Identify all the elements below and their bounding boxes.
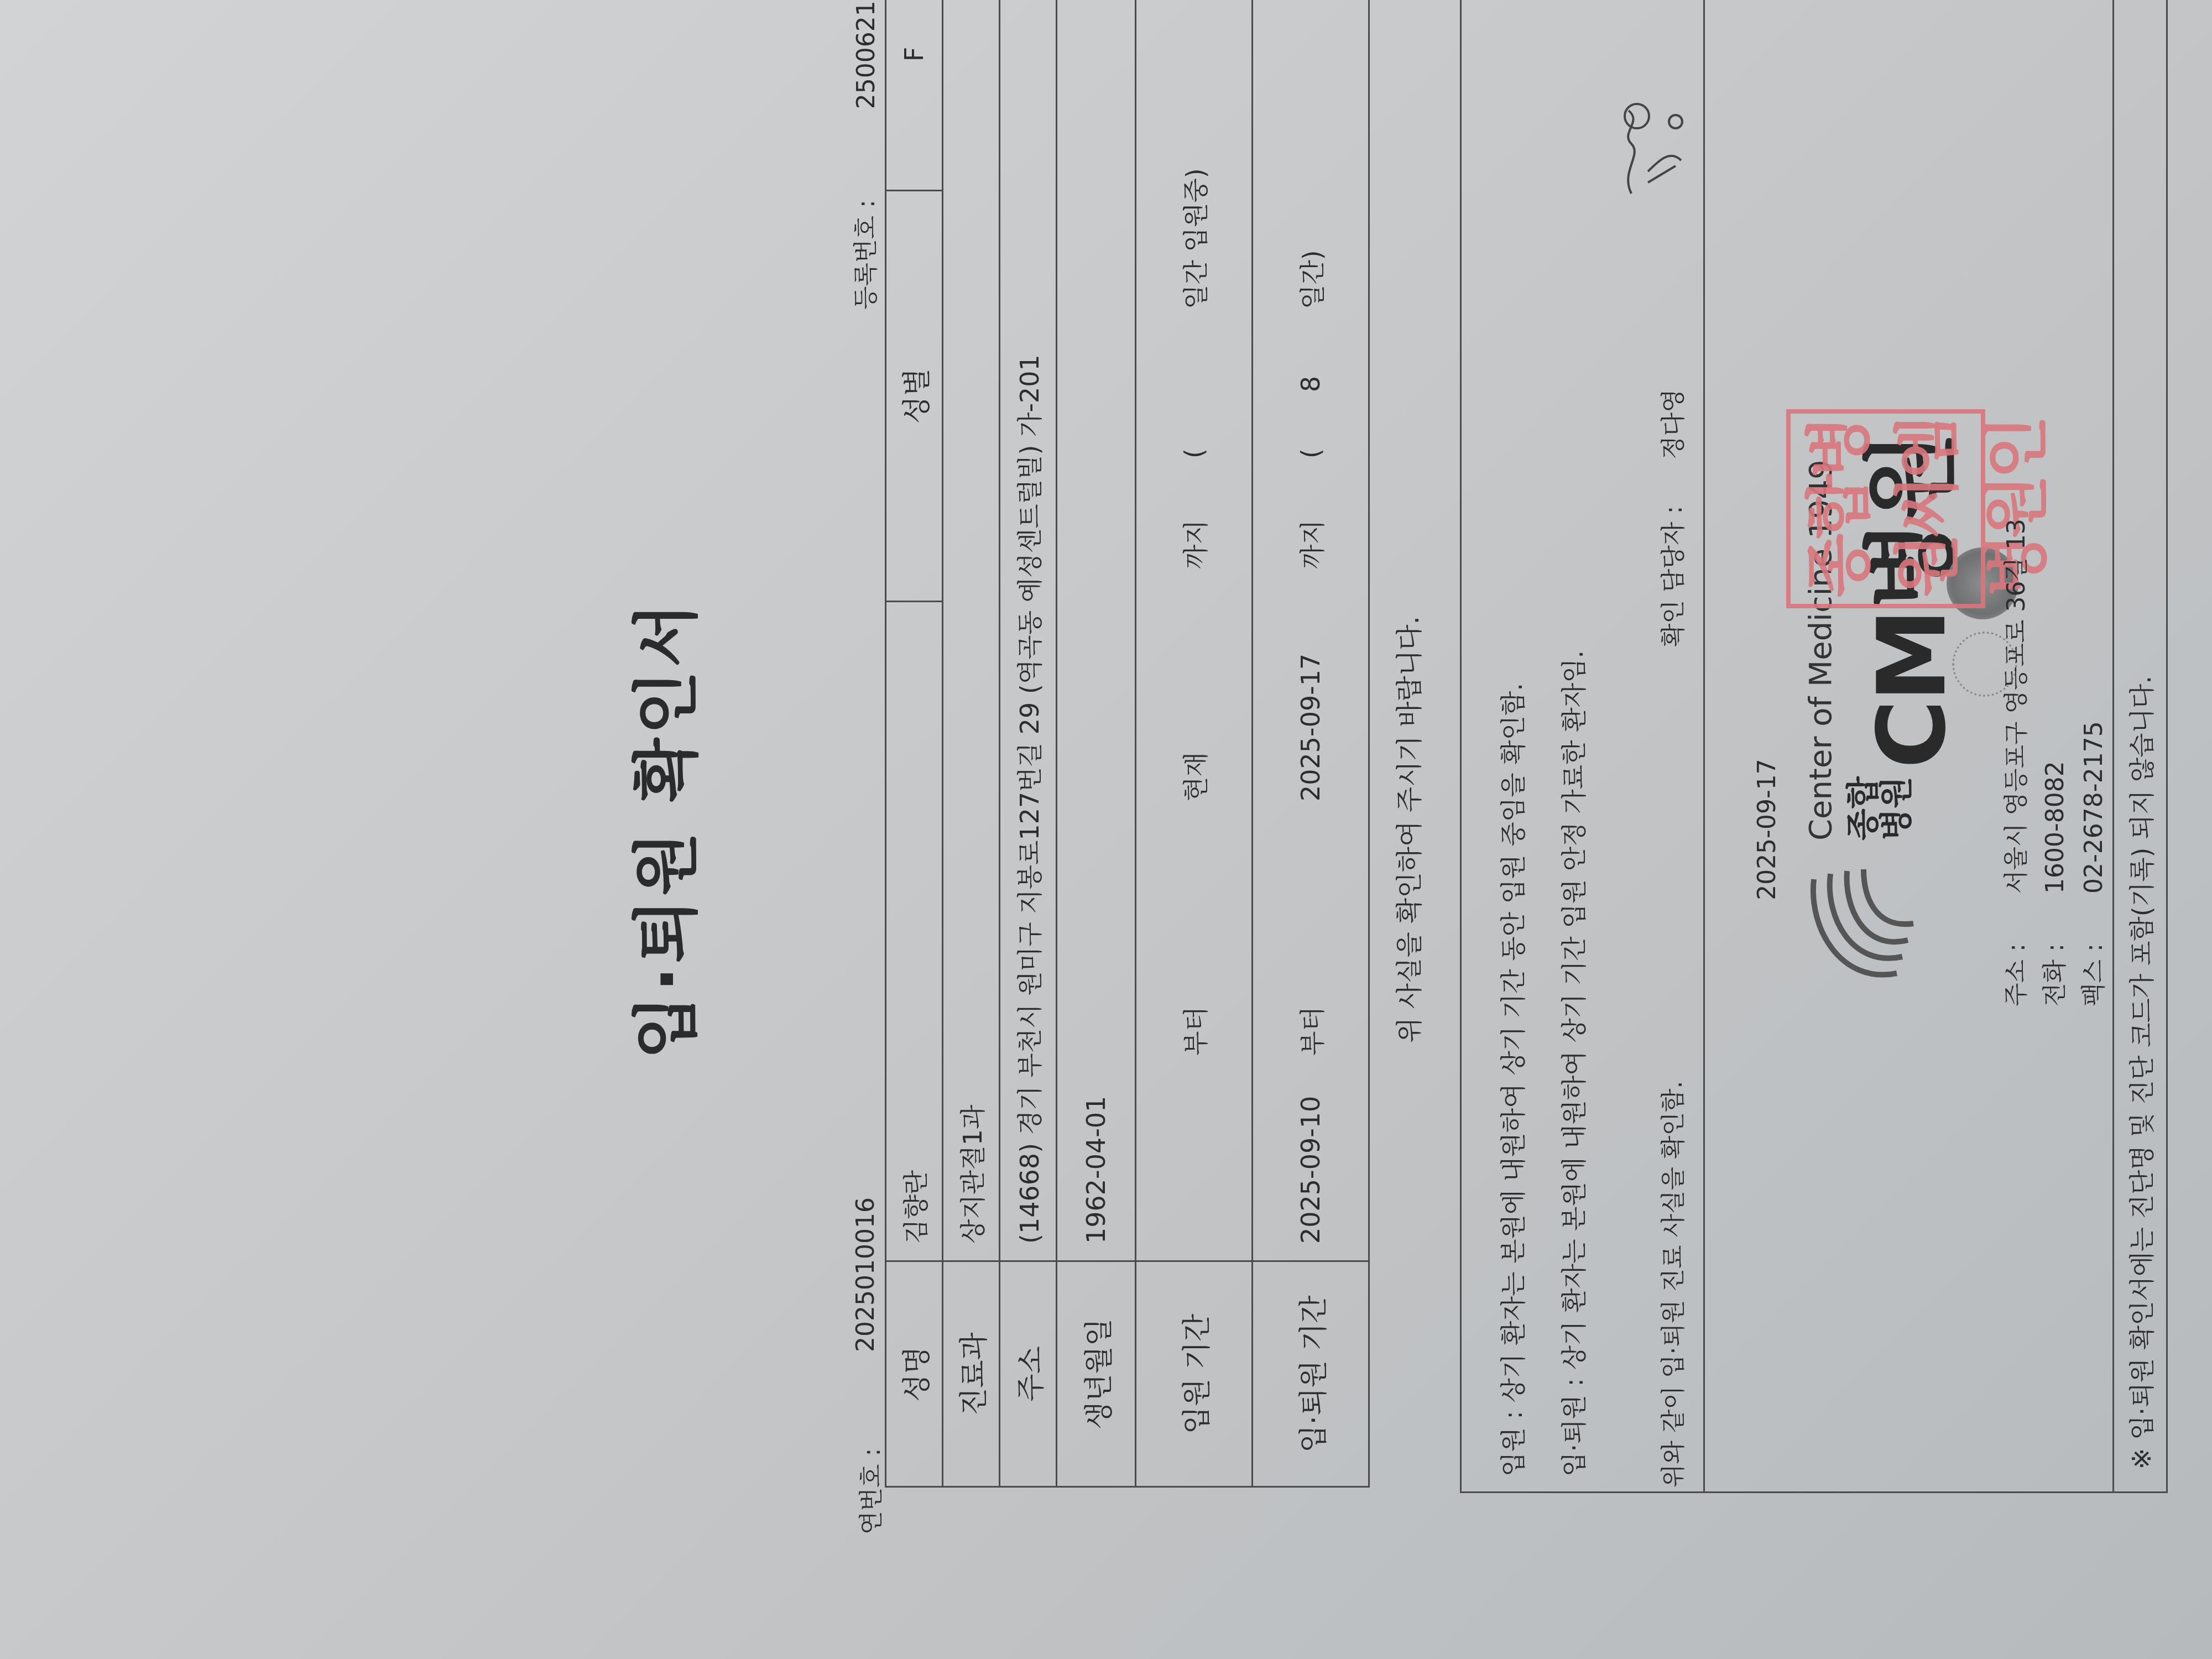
serial-number-value: 2025010016: [852, 1197, 880, 1352]
department-label: 진료과: [943, 1261, 1000, 1487]
divider: [1460, 0, 1462, 1493]
birth-value: 1962-04-01: [1057, 0, 1136, 1261]
admission-period: 부터 현재 까지 ( 일간 입원중): [1136, 0, 1253, 1261]
note-admission: 입원 : 상기 환자는 본원에 내원하여 상기 기간 동안 입원 중임을 확인함…: [1493, 683, 1530, 1477]
staff-name: 정다영: [1660, 389, 1688, 460]
hospital-phone-label: 전화 :: [2035, 901, 2070, 1006]
table-row: 성명 김향란 성별 F: [886, 0, 943, 1487]
hospital-seal: 종합병원씨엠병원인: [1786, 409, 1985, 608]
registration-number: 등록번호 : 25006216: [846, 0, 881, 310]
admission-days-suffix: 일간 입원중): [1176, 168, 1212, 309]
admission-discharge-period: 2025-09-10 부터 2025-09-17 까지 ( 8 일간): [1253, 0, 1369, 1261]
table-row: 생년월일 1962-04-01: [1057, 0, 1136, 1487]
staff-label: 확인 담당자 :: [1660, 506, 1688, 647]
table-row: 입·퇴원 기간 2025-09-10 부터 2025-09-17 까지 ( 8 …: [1253, 0, 1369, 1487]
discharge-days: 8: [1296, 309, 1326, 392]
discharge-to-suffix: 까지: [1292, 458, 1329, 569]
seal-character: 씨: [1885, 479, 1973, 539]
admission-period-label: 입원 기간: [1136, 1261, 1253, 1487]
table-row: 진료과 상지관절1과: [943, 0, 1000, 1487]
admission-discharge-period-label: 입·퇴원 기간: [1253, 1261, 1369, 1487]
hospital-phone-value: 1600-8082: [2041, 761, 2069, 894]
swoosh-logo-icon: [1792, 863, 1936, 1006]
serial-number: 연번호 : 2025010016: [852, 1448, 887, 1535]
hospital-address-value: 서울시 영등포구 영등포로 36길 13: [2002, 519, 2031, 894]
address-label: 주소: [1000, 1261, 1057, 1487]
address-value: (14668) 경기 부천시 원미구 지봉로127번길 29 (역곡동 예성센트…: [1000, 0, 1057, 1261]
name-label: 성명: [886, 1261, 943, 1487]
admission-to: 현재: [1176, 569, 1212, 801]
serial-number-label: 연번호 :: [858, 1448, 886, 1535]
divider: [1703, 0, 1705, 1493]
seal-character: 병: [1796, 420, 1885, 479]
registration-number-value: 25006216: [852, 0, 880, 109]
document-title: 입·퇴원 확인서: [614, 0, 709, 1659]
request-text: 위 사실을 확인하여 주시기 바랍니다.: [1388, 0, 1426, 1659]
discharge-from: 2025-09-10: [1296, 1056, 1326, 1244]
hospital-fax: 팩스 : 02-2678-2175: [2074, 721, 2109, 1006]
birth-label: 생년월일: [1057, 1261, 1136, 1487]
hospital-address: 주소 : 서울시 영등포구 영등포로 36길 13: [1996, 519, 2032, 1006]
border-left: [1460, 1491, 2112, 1493]
name-value: 김향란: [886, 602, 943, 1261]
confirming-staff: 확인 담당자 : 정다영: [1653, 389, 1689, 647]
footer-note: ※ 입·퇴원 확인서에는 진단명 및 진단 코드가 포함(기록) 되지 않습니다…: [2112, 0, 2168, 1493]
seal-character: 종: [1796, 538, 1885, 597]
registration-number-label: 등록번호 :: [852, 200, 880, 310]
table-row: 주소 (14668) 경기 부천시 원미구 지봉로127번길 29 (역곡동 예…: [1000, 0, 1057, 1487]
sex-value: F: [886, 0, 943, 191]
admission-discharge-certificate: 입·퇴원 확인서 연번호 : 2025010016 등록번호 : 2500621…: [0, 0, 2212, 1659]
confirmation-statement: 위와 같이 입·퇴원 진료 사실을 확인함.: [1653, 1081, 1689, 1488]
hospital-phone: 전화 : 1600-8082: [2035, 761, 2070, 1006]
issue-date: 2025-09-17: [1753, 0, 1781, 1659]
logo-korean-text: 종합병원: [1847, 763, 1913, 841]
discharge-open-paren: (: [1296, 392, 1326, 458]
sex-label: 성별: [886, 191, 943, 602]
seal-character: 엠: [1885, 420, 1973, 479]
admission-from-suffix: 부터: [1176, 801, 1212, 1056]
admission-open-paren: (: [1179, 392, 1209, 458]
hospital-address-label: 주소 :: [1996, 901, 2032, 1006]
hospital-fax-label: 팩스 :: [2074, 901, 2109, 1006]
patient-info-table: 성명 김향란 성별 F 진료과 상지관절1과 주소 (14668) 경기 부천시…: [885, 0, 1370, 1488]
discharge-from-suffix: 부터: [1292, 801, 1329, 1056]
hospital-fax-value: 02-2678-2175: [2080, 721, 2108, 894]
discharge-days-suffix: 일간): [1292, 250, 1329, 309]
department-value: 상지관절1과: [943, 0, 1000, 1261]
admission-to-suffix: 까지: [1176, 458, 1212, 569]
note-admission-discharge: 입·퇴원 : 상기 환자는 본원에 내원하여 상기 기간 입원 안정 가료한 환…: [1554, 650, 1590, 1477]
seal-character: 합: [1796, 479, 1885, 539]
seal-character: 원: [1885, 538, 1973, 597]
discharge-to: 2025-09-17: [1296, 569, 1326, 801]
signature-icon: [1609, 94, 1692, 205]
seal-character: 인: [1973, 420, 2062, 479]
table-row: 입원 기간 부터 현재 까지 ( 일간 입원중): [1136, 0, 1253, 1487]
